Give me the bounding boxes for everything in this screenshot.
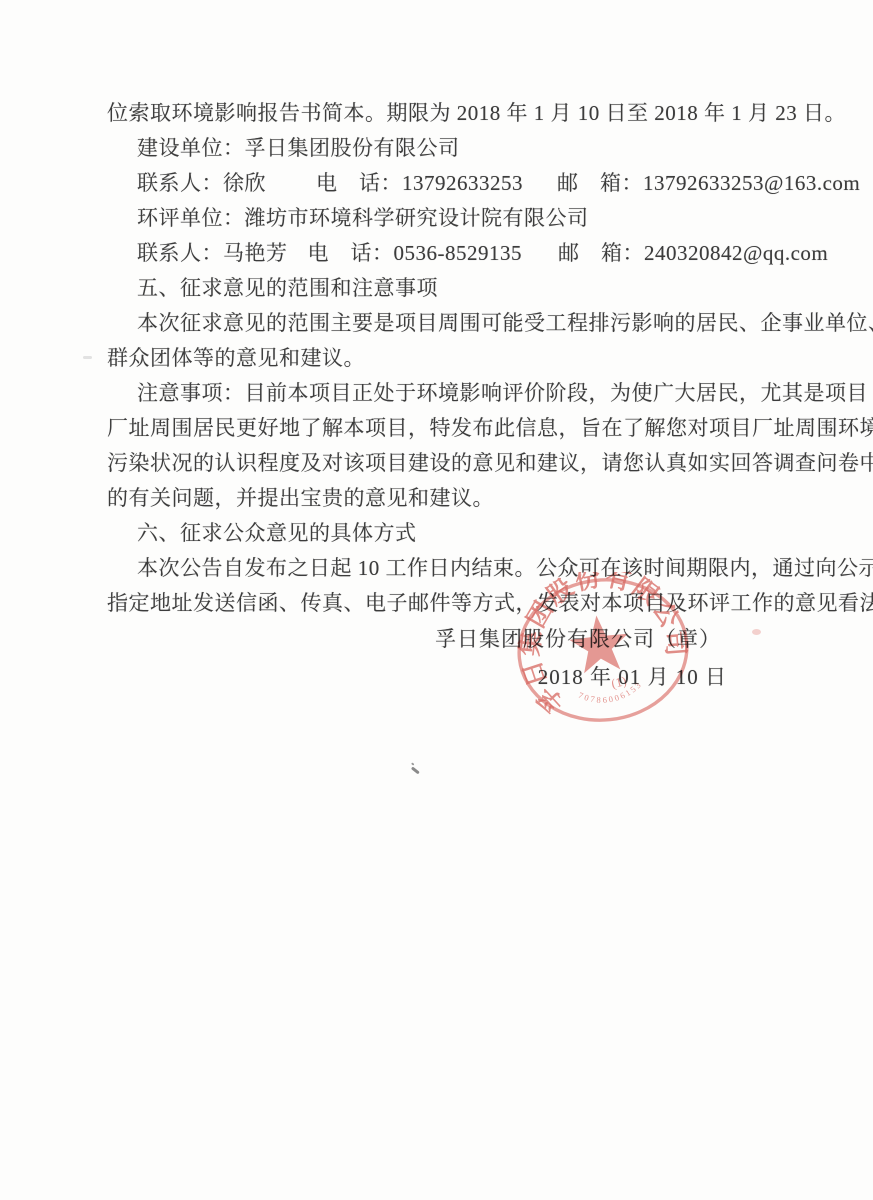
company-seal-stamp: 孚日集团股份有限公司 (1) 3707860061538 xyxy=(508,572,698,738)
document-body: 位索取环境影响报告书简本。期限为 2018 年 1 月 10 日至 2018 年… xyxy=(107,96,773,621)
seal-star-icon xyxy=(567,612,632,674)
scanned-document-page: 位索取环境影响报告书简本。期限为 2018 年 1 月 10 日至 2018 年… xyxy=(0,0,873,1200)
eia-unit-line: 环评单位：潍坊市环境科学研究设计院有限公司 xyxy=(107,201,773,236)
section-6-heading: 六、征求公众意见的具体方式 xyxy=(107,516,773,551)
contact-email: 邮 箱：240320842@qq.com xyxy=(558,241,828,265)
contact-person: 联系人：徐欣 xyxy=(137,171,266,195)
contact-person: 联系人：马艳芳 xyxy=(137,241,288,265)
contact-line-1: 联系人：徐欣电 话：13792633253邮 箱：13792633253@163… xyxy=(107,166,773,201)
section-5-paragraph-line: 厂址周围居民更好地了解本项目，特发布此信息，旨在了解您对项目厂址周围环境 xyxy=(107,411,773,446)
section-5-paragraph-line: 的有关问题，并提出宝贵的意见和建议。 xyxy=(107,481,773,516)
section-5-paragraph-line: 本次征求意见的范围主要是项目周围可能受工程排污影响的居民、企事业单位、 xyxy=(107,306,773,341)
contact-phone: 电 话：0536-8529135 xyxy=(308,241,523,265)
paragraph-continuation-line: 位索取环境影响报告书简本。期限为 2018 年 1 月 10 日至 2018 年… xyxy=(107,96,773,131)
contact-phone: 电 话：13792633253 xyxy=(316,171,523,195)
section-5-paragraph-line: 注意事项：目前本项目正处于环境影响评价阶段，为使广大居民，尤其是项目 xyxy=(107,376,773,411)
scan-artifact-ink-dot xyxy=(752,629,761,635)
contact-email: 邮 箱：13792633253@163.com xyxy=(557,171,860,195)
section-5-paragraph-line: 群众团体等的意见和建议。 xyxy=(107,341,773,376)
section-5-paragraph-line: 污染状况的认识程度及对该项目建设的意见和建议，请您认真如实回答调查问卷中 xyxy=(107,446,773,481)
scan-artifact-speck xyxy=(411,766,420,774)
section-5-heading: 五、征求意见的范围和注意事项 xyxy=(107,271,773,306)
contact-line-2: 联系人：马艳芳电 话：0536-8529135邮 箱：240320842@qq.… xyxy=(107,236,773,271)
construction-unit-line: 建设单位：孚日集团股份有限公司 xyxy=(107,131,773,166)
scan-artifact-smudge xyxy=(83,356,92,359)
